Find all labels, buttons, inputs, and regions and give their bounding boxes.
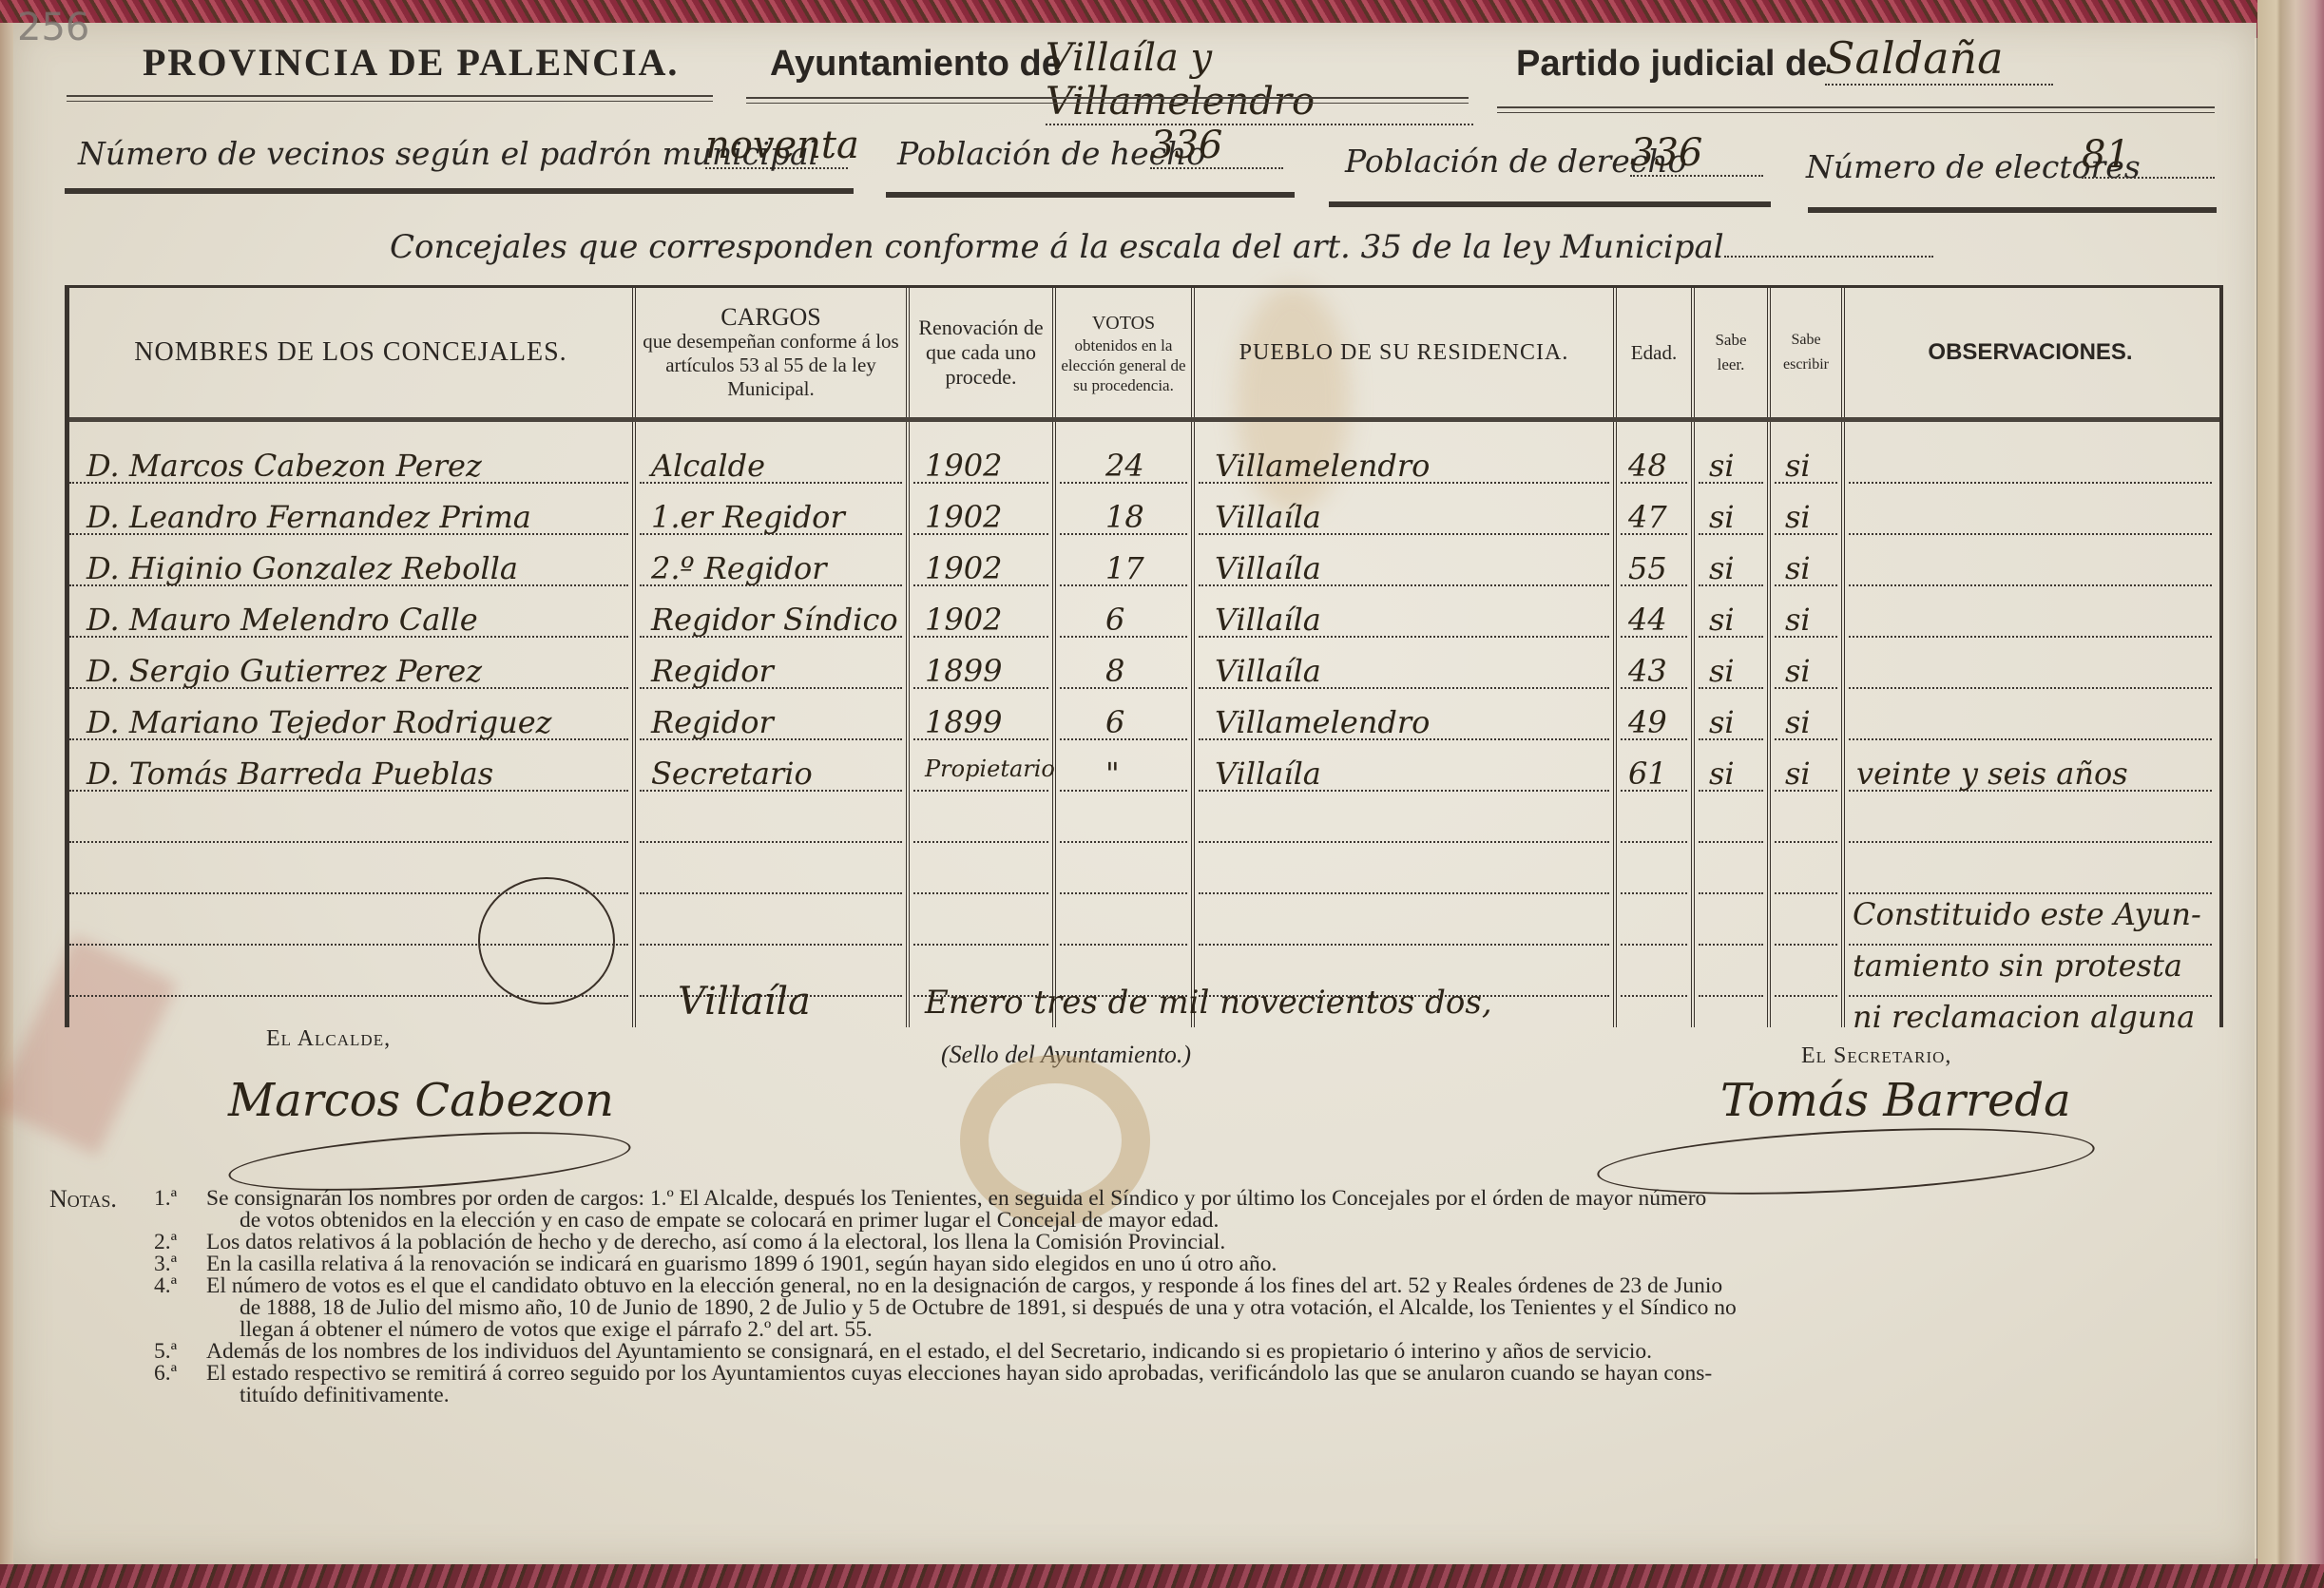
alcalde-signature: Marcos Cabezon <box>228 1074 614 1127</box>
note-line: 4.ªEl número de votos es el que el candi… <box>49 1275 2226 1297</box>
note-number: 1.ª <box>154 1188 206 1210</box>
dotted-line <box>1621 995 1687 997</box>
cell-pueblo: Villamelendro <box>1215 704 1430 742</box>
cell-nombre: D. Higinio Gonzalez Rebolla <box>86 550 518 588</box>
dotted-line <box>640 944 902 946</box>
partido-judicial-value: Saldaña <box>1825 32 2053 86</box>
cell-escribir: si <box>1785 448 1811 486</box>
dotted-line <box>1849 892 2212 894</box>
dotted-line <box>1699 841 1763 843</box>
notes-label <box>49 1232 154 1253</box>
notes-label: Notas. <box>49 1188 154 1210</box>
notes-label <box>49 1385 154 1406</box>
note-number <box>154 1385 240 1406</box>
dotted-line <box>1775 944 1837 946</box>
table-row: D. Tomás Barreda PueblasSecretarioPropie… <box>69 750 2219 801</box>
cell-nombre: D. Marcos Cabezon Perez <box>86 448 482 486</box>
cell-votos: 6 <box>1105 602 1124 640</box>
header-renovacion: Renovación de que cada uno procede. <box>910 288 1052 417</box>
province-title: PROVINCIA DE PALENCIA. <box>143 40 679 85</box>
electores-value: 81 <box>2082 133 2215 179</box>
note-number: 4.ª <box>154 1275 206 1297</box>
dotted-line <box>1060 892 1187 894</box>
divider <box>65 188 854 194</box>
dotted-fill <box>1724 256 1933 258</box>
dotted-line <box>1621 841 1687 843</box>
dotted-line <box>1060 841 1187 843</box>
empty-row <box>69 801 2219 852</box>
pencil-page-number: 256 <box>17 6 89 49</box>
header-edad: Edad. <box>1617 288 1691 417</box>
cell-votos: 17 <box>1105 550 1144 588</box>
dotted-line <box>1849 636 2212 638</box>
cell-cargo: Secretario <box>651 756 813 794</box>
dotted-line <box>1775 995 1837 997</box>
cell-renovacion: 1899 <box>925 704 1002 742</box>
dotted-line <box>1199 841 1609 843</box>
book-binding-right <box>2257 0 2324 1588</box>
header-observaciones: OBSERVACIONES. <box>1845 288 2216 417</box>
cell-leer: si <box>1709 704 1735 742</box>
note-number <box>154 1210 240 1232</box>
cell-renovacion: 1902 <box>925 550 1002 588</box>
poblacion-hecho-value: 336 <box>1150 124 1283 169</box>
vecinos-value: noventa <box>705 124 848 169</box>
dotted-line <box>1199 892 1609 894</box>
note-line: de votos obtenidos en la elección y en c… <box>49 1210 2226 1232</box>
notes-label <box>49 1275 154 1297</box>
cell-edad: 44 <box>1628 602 1667 640</box>
dotted-line <box>1775 892 1837 894</box>
date-text: Enero tres de mil novecientos dos, <box>925 984 1492 1022</box>
header-cargos-title: CARGOS <box>720 305 820 330</box>
cell-pueblo: Villaíla <box>1215 602 1321 640</box>
cell-votos: 18 <box>1105 499 1144 537</box>
cell-escribir: si <box>1785 499 1811 537</box>
cell-renovacion: 1902 <box>925 448 1002 486</box>
dotted-line <box>913 841 1048 843</box>
dotted-line <box>1060 790 1187 792</box>
dotted-line <box>1849 687 2212 689</box>
dotted-line <box>913 944 1048 946</box>
dotted-line <box>1699 892 1763 894</box>
divider <box>746 97 1469 104</box>
cell-edad: 61 <box>1628 756 1667 794</box>
dotted-line <box>1849 841 2212 843</box>
cell-nombre: D. Sergio Gutierrez Perez <box>86 653 482 691</box>
cell-nombre: D. Mauro Melendro Calle <box>86 602 478 640</box>
dotted-line <box>1849 995 2212 997</box>
secretario-label: El Secretario, <box>1801 1043 1951 1069</box>
note-text: El número de votos es el que el candidat… <box>206 1275 1722 1297</box>
note-text: Los datos relativos á la población de he… <box>206 1232 1225 1253</box>
cell-nombre: D. Leandro Fernandez Prima <box>86 499 531 537</box>
dotted-line <box>1849 944 2212 946</box>
cell-pueblo: Villaíla <box>1215 499 1321 537</box>
cell-obs: veinte y seis años <box>1856 756 2128 794</box>
table-row: D. Mariano Tejedor RodriguezRegidor18996… <box>69 698 2219 750</box>
dotted-line <box>1621 892 1687 894</box>
poblacion-derecho-value: 336 <box>1630 131 1763 177</box>
cell-cargo: Alcalde <box>651 448 765 486</box>
secretario-signature: Tomás Barreda <box>1720 1074 2071 1127</box>
ayuntamiento-label: Ayuntamiento de <box>770 44 1062 85</box>
note-text: de votos obtenidos en la elección y en c… <box>240 1210 1219 1232</box>
cell-votos: 24 <box>1105 448 1144 486</box>
dotted-line <box>1849 482 2212 484</box>
cell-cargo: Regidor <box>651 704 774 742</box>
concejales-table: NOMBRES DE LOS CONCEJALES. CARGOS que de… <box>65 285 2223 1027</box>
note-number: 3.ª <box>154 1253 206 1275</box>
note-text: El estado respectivo se remitirá á corre… <box>206 1363 1712 1385</box>
table-row: D. Sergio Gutierrez PerezRegidor18998Vil… <box>69 647 2219 698</box>
note-number: 6.ª <box>154 1363 206 1385</box>
note-number: 2.ª <box>154 1232 206 1253</box>
divider <box>1497 106 2215 113</box>
dotted-line <box>1699 995 1763 997</box>
cell-votos: 6 <box>1105 704 1124 742</box>
cell-edad: 55 <box>1628 550 1667 588</box>
dotted-line <box>1060 944 1187 946</box>
cell-leer: si <box>1709 756 1735 794</box>
date-place: Villaíla <box>678 980 811 1024</box>
note-line: tituído definitivamente. <box>49 1385 2226 1406</box>
notes-label <box>49 1341 154 1363</box>
observation-note-1: Constituido este Ayun- <box>1853 896 2201 932</box>
cell-edad: 47 <box>1628 499 1667 537</box>
cell-cargo: Regidor <box>651 653 774 691</box>
cell-pueblo: Villaíla <box>1215 653 1321 691</box>
note-line: llegan á obtener el número de votos que … <box>49 1319 2226 1341</box>
header-votos-title: VOTOS <box>1092 311 1155 335</box>
cell-leer: si <box>1709 550 1735 588</box>
table-row: D. Leandro Fernandez Prima1.er Regidor19… <box>69 493 2219 545</box>
table-row: D. Mauro Melendro CalleRegidor Síndico19… <box>69 596 2219 647</box>
notes-label <box>49 1319 154 1341</box>
header-cargos: CARGOS que desempeñan conforme á los art… <box>636 288 906 417</box>
dotted-line <box>69 841 628 843</box>
cell-edad: 43 <box>1628 653 1667 691</box>
notes-label <box>49 1253 154 1275</box>
header-cargos-sub: que desempeñan conforme á los artículos … <box>636 330 906 401</box>
cell-votos: 8 <box>1105 653 1124 691</box>
header-divider <box>69 417 2219 422</box>
dotted-line <box>640 892 902 894</box>
cell-renovacion: 1899 <box>925 653 1002 691</box>
cell-pueblo: Villamelendro <box>1215 448 1430 486</box>
concejales-heading: Concejales que corresponden conforme á l… <box>390 228 1933 266</box>
note-text: Se consignarán los nombres por orden de … <box>206 1188 1706 1210</box>
dotted-line <box>1699 944 1763 946</box>
cell-escribir: si <box>1785 704 1811 742</box>
ayuntamiento-value: Villaíla y Villamelendro <box>1046 36 1473 125</box>
note-line: 3.ªEn la casilla relativa á la renovació… <box>49 1253 2226 1275</box>
partido-judicial-label: Partido judicial de <box>1516 44 1827 85</box>
notes-section: Notas.1.ªSe consignarán los nombres por … <box>49 1188 2226 1406</box>
header-sabe-escribir: Sabe escribir <box>1771 288 1841 417</box>
note-line: Notas.1.ªSe consignarán los nombres por … <box>49 1188 2226 1210</box>
note-text: En la casilla relativa á la renovación s… <box>206 1253 1277 1275</box>
observation-note-3: ni reclamacion alguna <box>1853 999 2195 1035</box>
note-number: 5.ª <box>154 1341 206 1363</box>
note-line: 5.ªAdemás de los nombres de los individu… <box>49 1341 2226 1363</box>
cell-votos: " <box>1105 756 1120 794</box>
notes-label <box>49 1210 154 1232</box>
notes-label <box>49 1297 154 1319</box>
note-line: de 1888, 18 de Julio del mismo año, 10 d… <box>49 1297 2226 1319</box>
table-row: D. Higinio Gonzalez Rebolla2.º Regidor19… <box>69 545 2219 596</box>
table-row: D. Marcos Cabezon PerezAlcalde190224Vill… <box>69 442 2219 493</box>
divider <box>1329 201 1771 207</box>
alcalde-label: El Alcalde, <box>266 1026 391 1052</box>
signature-flourish <box>478 877 615 1004</box>
dotted-line <box>1775 841 1837 843</box>
book-binding-bottom <box>0 1564 2324 1588</box>
note-text: llegan á obtener el número de votos que … <box>240 1319 873 1341</box>
note-line: 6.ªEl estado respectivo se remitirá á co… <box>49 1363 2226 1385</box>
note-text: Además de los nombres de los individuos … <box>206 1341 1652 1363</box>
cell-cargo: 1.er Regidor <box>651 499 845 537</box>
cell-leer: si <box>1709 602 1735 640</box>
divider <box>1808 207 2217 213</box>
cell-escribir: si <box>1785 602 1811 640</box>
header-pueblo: PUEBLO DE SU RESIDENCIA. <box>1195 288 1613 417</box>
cell-renovacion: Propietario <box>925 756 1055 794</box>
note-number <box>154 1297 240 1319</box>
note-text: tituído definitivamente. <box>240 1385 450 1406</box>
notes-label <box>49 1363 154 1385</box>
cell-leer: si <box>1709 499 1735 537</box>
cell-pueblo: Villaíla <box>1215 550 1321 588</box>
header-sabe-leer: Sabe leer. <box>1695 288 1767 417</box>
note-text: de 1888, 18 de Julio del mismo año, 10 d… <box>240 1297 1737 1319</box>
cell-edad: 48 <box>1628 448 1667 486</box>
dotted-line <box>1849 533 2212 535</box>
note-line: 2.ªLos datos relativos á la población de… <box>49 1232 2226 1253</box>
cell-cargo: Regidor Síndico <box>651 602 898 640</box>
observation-note-2: tamiento sin protesta <box>1853 947 2182 984</box>
divider <box>67 95 713 102</box>
note-number <box>154 1319 240 1341</box>
dotted-line <box>640 841 902 843</box>
cell-escribir: si <box>1785 756 1811 794</box>
cell-pueblo: Villaíla <box>1215 756 1321 794</box>
cell-escribir: si <box>1785 653 1811 691</box>
dotted-line <box>1621 944 1687 946</box>
header-votos: VOTOS obtenidos en la elección general d… <box>1056 288 1191 417</box>
cell-leer: si <box>1709 653 1735 691</box>
cell-cargo: 2.º Regidor <box>651 550 827 588</box>
cell-renovacion: 1902 <box>925 499 1002 537</box>
header-votos-sub: obtenidos en la elección general de su p… <box>1056 335 1191 395</box>
cell-leer: si <box>1709 448 1735 486</box>
dotted-line <box>913 892 1048 894</box>
cell-edad: 49 <box>1628 704 1667 742</box>
concejales-heading-text: Concejales que corresponden conforme á l… <box>390 228 1724 266</box>
cell-escribir: si <box>1785 550 1811 588</box>
dotted-line <box>1849 584 2212 586</box>
cell-nombre: D. Tomás Barreda Pueblas <box>86 756 493 794</box>
dotted-line <box>1849 738 2212 740</box>
dotted-line <box>1199 944 1609 946</box>
cell-nombre: D. Mariano Tejedor Rodriguez <box>86 704 552 742</box>
cell-renovacion: 1902 <box>925 602 1002 640</box>
header-nombres: NOMBRES DE LOS CONCEJALES. <box>69 288 632 417</box>
divider <box>886 192 1295 198</box>
